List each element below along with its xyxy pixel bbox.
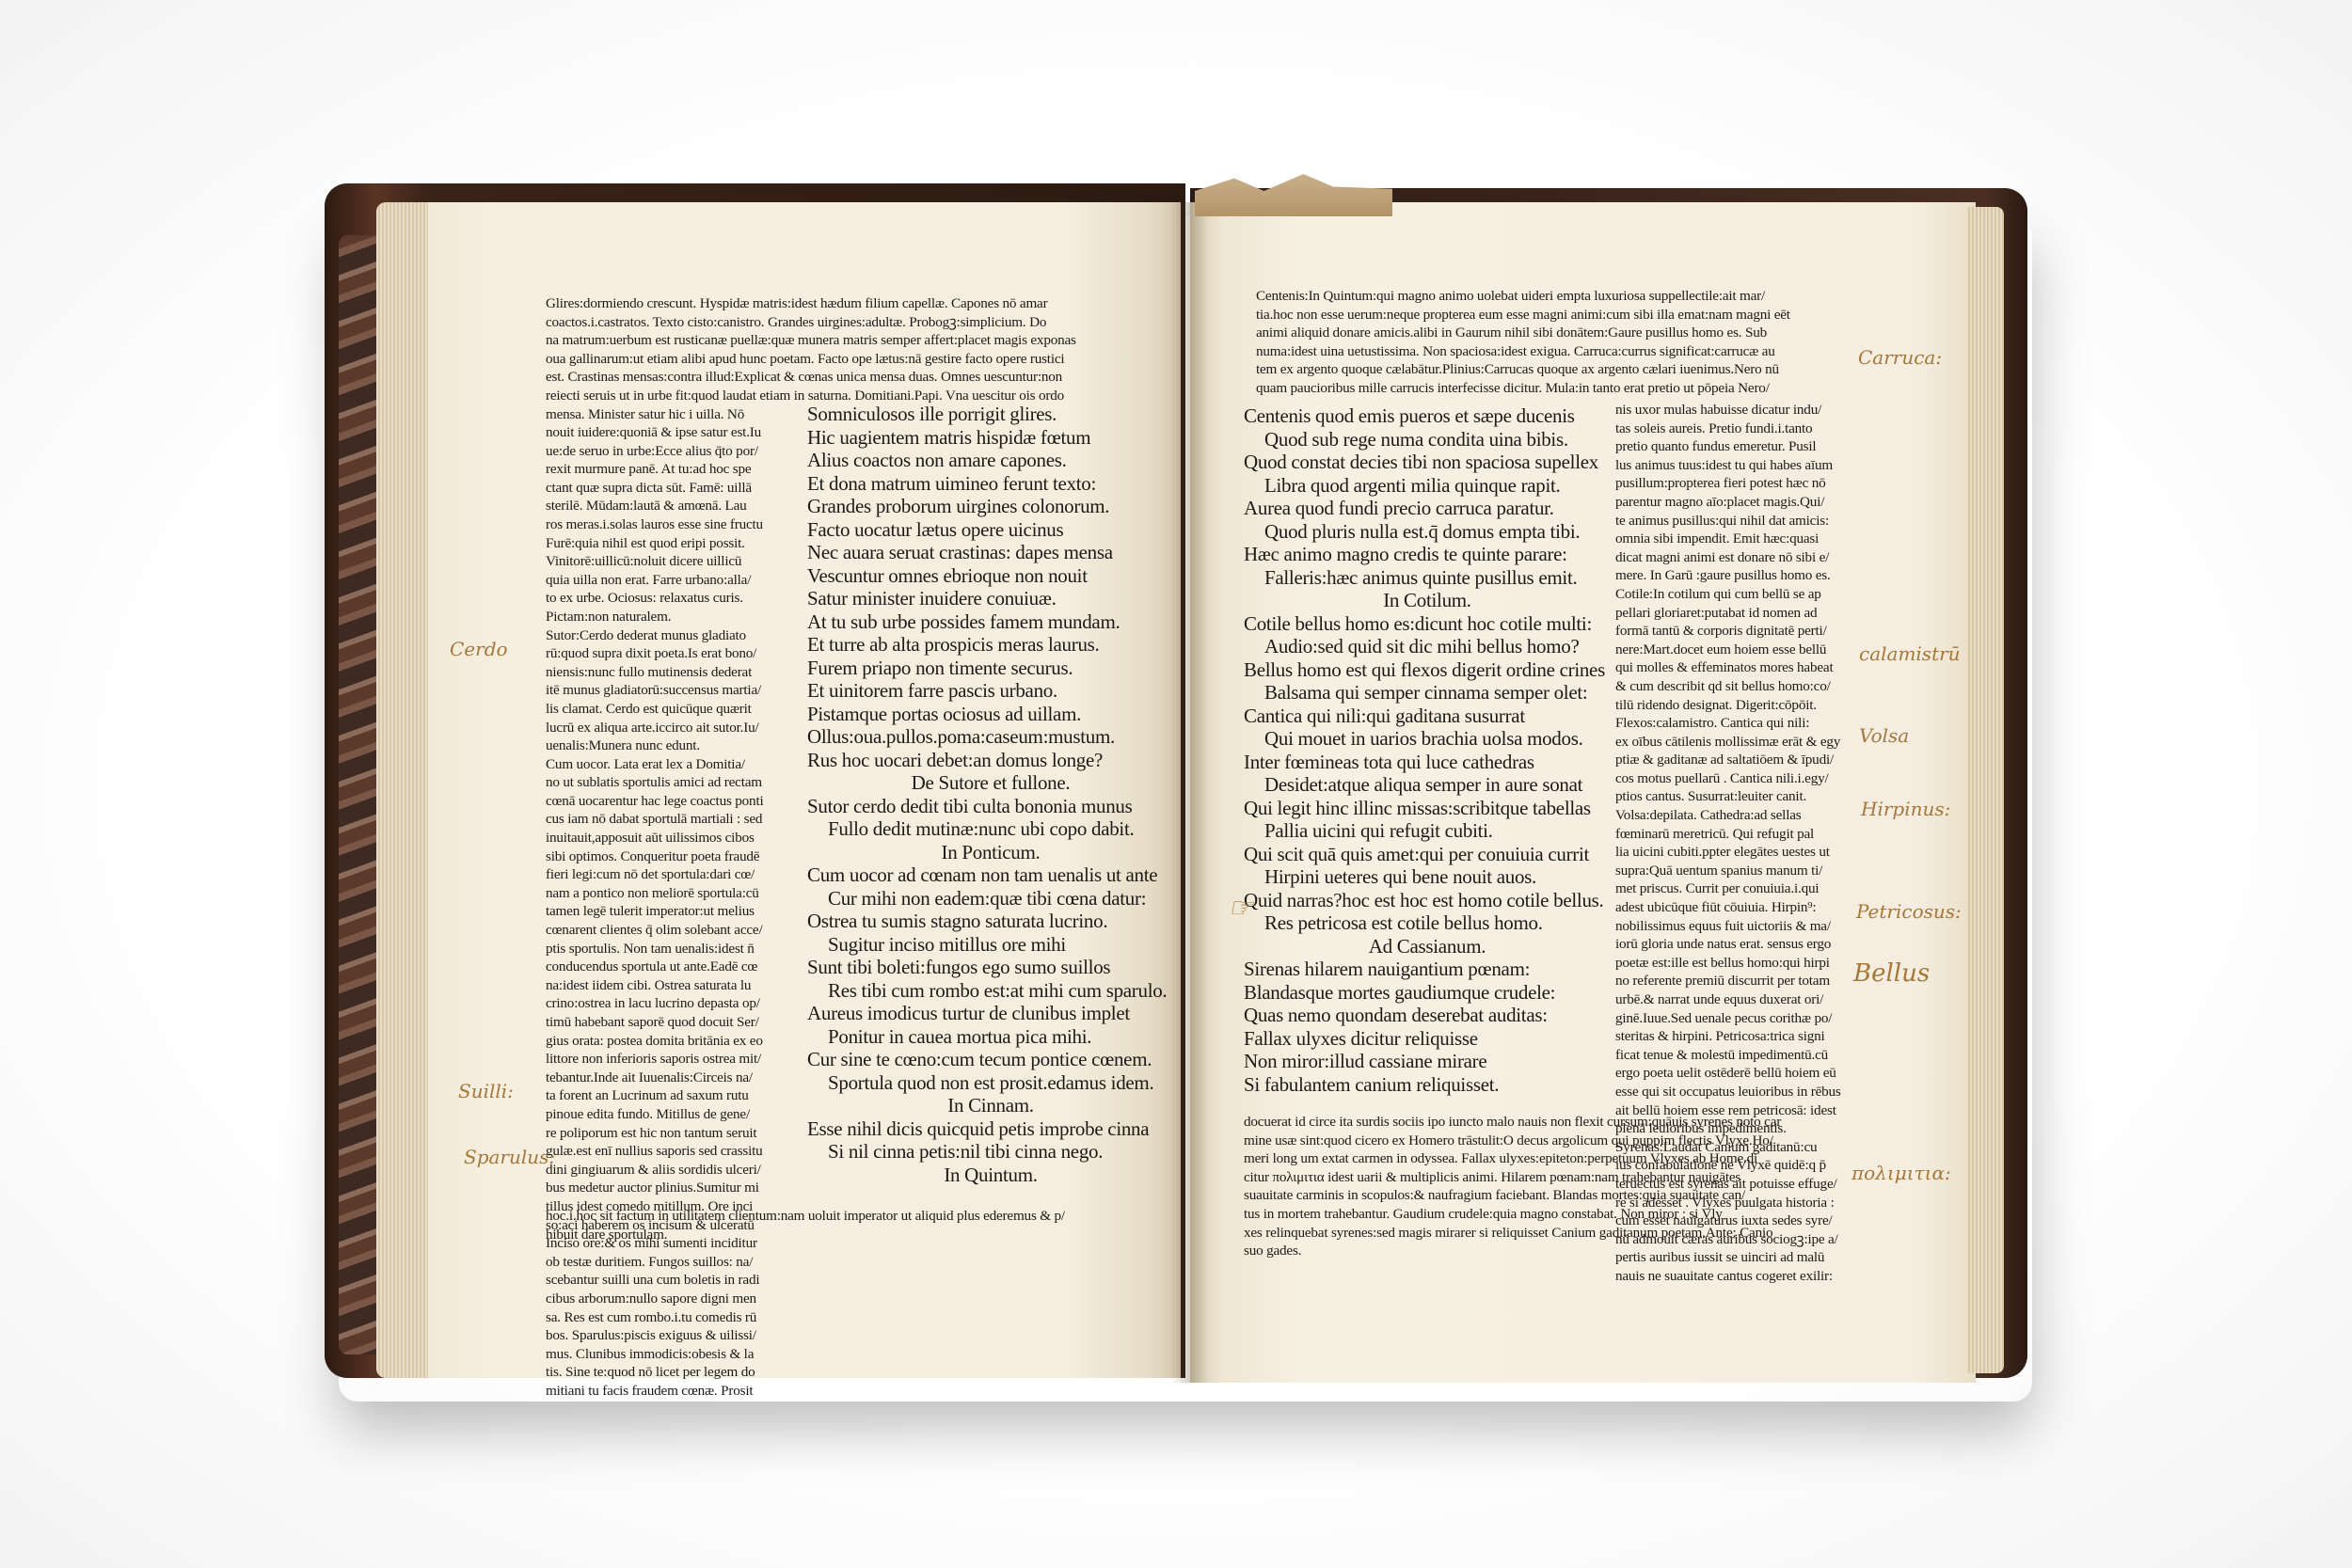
verse-line: Hirpini ueteres qui bene nouit auos.: [1244, 865, 1611, 889]
text-line: rū:quod supra dixit poeta.Is erat bono/: [546, 644, 764, 663]
left-commentary-column: nouit iuidere:quoniā & ipse satur est.Iu…: [546, 423, 764, 1400]
text-line: ex oībus cātilenis mollissimæ erāt & egy: [1615, 733, 1841, 752]
verse-line: Et uinitorem farre pascis urbano.: [807, 679, 1174, 703]
epigram-heading: De Sutore et fullone.: [807, 771, 1174, 795]
right-commentary-bottom: docuerat id circe ita surdis sociis ipo …: [1244, 1113, 1781, 1260]
text-line: ctant quæ supra dicta sūt. Famē: uillā: [546, 479, 764, 498]
verse-line: Bellus homo est qui flexos digerit ordin…: [1244, 658, 1611, 682]
text-line: ob testæ duritiem. Fungos suillos: na/: [546, 1253, 764, 1272]
text-line: no ut sublatis sportulis amici ad rectam: [546, 773, 764, 792]
verse-line: Aurea quod fundi precio carruca paratur.: [1244, 497, 1611, 520]
text-line: gius orata: postea domita britānia ex eo: [546, 1032, 764, 1051]
text-line: ginē.Iuue.Sed uenale pecus corithæ po/: [1615, 1009, 1841, 1028]
text-line: pretio quanto fundus emeretur. Pusil: [1615, 437, 1841, 456]
verse-line: Balsama qui semper cinnama semper olet:: [1244, 681, 1611, 705]
book-gutter: [1171, 202, 1209, 1383]
text-line: sa. Res est cum rombo.i.tu comedis rū: [546, 1308, 764, 1327]
text-line: hoc.i.hoc sit factum in utilitatem clien…: [546, 1207, 1065, 1226]
text-line: qui molles & effeminatos mores habeat: [1615, 658, 1841, 677]
text-line: Cum uocor. Lata erat lex a Domitia/: [546, 755, 764, 774]
text-line: na matrum:uerbum est rusticanæ puellæ:qu…: [546, 331, 1076, 350]
marginal-note-suilli: Suilli:: [458, 1080, 514, 1102]
text-line: niensis:nunc fullo mutinensis dederat: [546, 663, 764, 682]
text-line: lus animus tuus:idest tu qui habes aīum: [1615, 456, 1841, 475]
marginal-note-carruca: Carruca:: [1858, 346, 1942, 369]
verse-line: Sirenas hilarem nauigantium pœnam:: [1244, 958, 1611, 981]
verse-line: Ponitur in cauea mortua pica mihi.: [807, 1025, 1174, 1049]
text-line: est. Crastinas mensas:contra illud:Expli…: [546, 368, 1076, 387]
verse-line: Centenis quod emis pueros et sæpe duceni…: [1244, 404, 1611, 428]
verse-line: Sutor cerdo dedit tibi culta bononia mun…: [807, 795, 1174, 818]
page-block-edge-left: [376, 202, 433, 1378]
text-line: rexit murmure panē. At tu:ad hoc spe: [546, 460, 764, 479]
verse-line: Alius coactos non amare capones.: [807, 449, 1174, 472]
text-line: uenalis:Munera nunc edunt.: [546, 736, 764, 755]
text-line: crino:ostrea in lacu lucrino depasta op/: [546, 994, 764, 1013]
verse-line: Si fabulantem canium reliquisset.: [1244, 1073, 1611, 1097]
text-line: itē munus gladiatorū:succensus martia/: [546, 681, 764, 700]
text-line: suauitate carminis in scopulos:& naufrag…: [1244, 1186, 1781, 1205]
verse-line: Cantica qui nili:qui gaditana susurrat: [1244, 705, 1611, 728]
marginal-note-sparulus: Sparulus:: [464, 1146, 555, 1168]
text-line: sibi optimos. Conqueritur poeta fraudē: [546, 847, 764, 866]
text-line: te animus pusillus:qui nihil dat amicis:: [1615, 512, 1841, 531]
verse-line: At tu sub urbe possides famem mundam.: [807, 610, 1174, 634]
text-line: citur πολιμιτια idest uarii & multiplici…: [1244, 1168, 1781, 1187]
verse-line: Blandasque mortes gaudiumque crudele:: [1244, 981, 1611, 1005]
text-line: bos. Sparulus:piscis exiguus & uilissi/: [546, 1326, 764, 1345]
text-line: nauis ne suauitate cantus cogeret exilir…: [1615, 1267, 1841, 1286]
text-line: ptis sportulis. Non tam uenalis:idest n̄: [546, 940, 764, 958]
verse-line: Sportula quod non est prosit.edamus idem…: [807, 1071, 1174, 1095]
verse-line: Vescuntur omnes ebrioque non nouit: [807, 564, 1174, 588]
text-line: mitiani tu facis fraudem cœnæ. Prosit: [546, 1382, 764, 1401]
text-line: ptios cantus. Susurrat:leuiter canit.: [1615, 787, 1841, 806]
text-line: timū habebant saporē quod docuit Ser/: [546, 1013, 764, 1032]
verse-line: Hic uagientem matris hispidæ fœtum: [807, 426, 1174, 450]
verse-line: Qui scit quā quis amet:qui per conuiuia …: [1244, 843, 1611, 866]
text-line: oua gallinarum:ut etiam alibi apud hunc …: [546, 350, 1076, 369]
verse-line: Falleris:hæc animus quinte pusillus emit…: [1244, 566, 1611, 590]
text-line: tebantur.Inde ait Iuuenalis:Circeis na/: [546, 1069, 764, 1087]
text-line: sterilē. Mūdam:lautā & amœnā. Lau: [546, 497, 764, 515]
text-line: scebantur suilli una cum boletis in radi: [546, 1271, 764, 1290]
epigram-heading: Ad Cassianum.: [1244, 935, 1611, 958]
left-verse-column: Somniculosos ille porrigit glires.Hic ua…: [807, 403, 1174, 1186]
text-line: na:idest iidem cibi. Ostrea saturata lu: [546, 976, 764, 995]
verse-line: Somniculosos ille porrigit glires.: [807, 403, 1174, 426]
text-line: dini gingiuarum & aliis sordidis ulceri/: [546, 1161, 764, 1180]
verse-line: Res tibi cum rombo est:at mihi cum sparu…: [807, 979, 1174, 1003]
verse-line: Satur minister inuidere conuiuæ.: [807, 587, 1174, 610]
text-line: ue:de seruo in urbe:Ecce alius q̄to por/: [546, 442, 764, 461]
text-line: Cotile:In cotilum qui cum bellū se ap: [1615, 585, 1841, 604]
text-line: Furē:quia nihil est quod eripi possit.: [546, 534, 764, 553]
text-line: tamen legē tulerit imperator:ut melius: [546, 902, 764, 921]
text-line: steritas & hirpini. Petricosa:trica sign…: [1615, 1027, 1841, 1046]
verse-line: Fallax ulyxes dicitur reliquisse: [1244, 1027, 1611, 1051]
left-commentary-bottom: hoc.i.hoc sit factum in utilitatem clien…: [546, 1207, 1065, 1243]
verse-line: Qui mouet in uarios brachia uolsa modos.: [1244, 727, 1611, 751]
text-line: ta forent an Lucrinum ad saxum rutu: [546, 1086, 764, 1105]
text-line: cœnarent clientes q̄ olim solebant acce/: [546, 921, 764, 940]
marginal-note-calamistrum: calamistrū: [1859, 642, 1961, 665]
text-line: tem ex argento quoque cælabātur.Plinius:…: [1256, 360, 1790, 379]
verse-line: Non miror:illud cassiane mirare: [1244, 1050, 1611, 1073]
manicule-mark: ☞: [1228, 892, 1253, 925]
right-commentary-top: Centenis:In Quintum:qui magno animo uole…: [1256, 287, 1790, 398]
text-line: poetæ est:ille est bellus homo:qui hirpi: [1615, 954, 1841, 973]
text-line: ergo poeta uelit ostēderē bellū hoiem eū: [1615, 1064, 1841, 1083]
text-line: nis uxor mulas habuisse dicatur indu/: [1615, 401, 1841, 420]
text-line: Sutor:Cerdo dederat munus gladiato: [546, 626, 764, 645]
text-line: adest ubicūque fiūt cōuiuia. Hirpin⁹:: [1615, 898, 1841, 917]
right-verse-column: Centenis quod emis pueros et sæpe duceni…: [1244, 404, 1611, 1096]
text-line: dicat magni animi est donare nō sibi e/: [1615, 548, 1841, 567]
text-line: Volsa:depilata. Cathedra:ad sellas: [1615, 806, 1841, 825]
text-line: ptiæ & gaditanæ ad saltatiōem & īpudi/: [1615, 751, 1841, 769]
text-line: conducendus sportula ut ante.Eadē cœ: [546, 958, 764, 976]
text-line: nere:Mart.docet eum hoiem esse bellū: [1615, 641, 1841, 659]
verse-line: Inter fœmineas tota qui luce cathedras: [1244, 751, 1611, 774]
text-line: Glires:dormiendo crescunt. Hyspidæ matri…: [546, 294, 1076, 313]
text-line: Vinitorē:uillicū:noluit dicere uillicū: [546, 552, 764, 571]
marginal-note-volsa: Volsa: [1859, 724, 1909, 747]
verse-line: Cotile bellus homo es:dicunt hoc cotile …: [1244, 612, 1611, 636]
text-line: mus. Clunibus immodicis:obesis & la: [546, 1345, 764, 1364]
text-line: Pictam:non naturalem.: [546, 608, 764, 626]
text-line: urbē.& narrat unde equus duxerat ori/: [1615, 990, 1841, 1009]
verse-line: Audio:sed quid sit dic mihi bellus homo?: [1244, 635, 1611, 658]
verse-line: Qui legit hinc illinc missas:scribitque …: [1244, 797, 1611, 820]
text-line: esse qui sit occupatus leuioribus in rēb…: [1615, 1083, 1841, 1101]
text-line: & cum describit qd sit bellus homo:co/: [1615, 677, 1841, 696]
marginal-note-hirpinus: Hirpinus:: [1861, 798, 1950, 820]
text-line: animi aliquid donare amicis.alibi in Gau…: [1256, 324, 1790, 342]
text-line: to ex urbe. Ociosus: relaxatus curis.: [546, 589, 764, 608]
text-line: tus in mortem trahebantur. Gaudium crude…: [1244, 1205, 1781, 1224]
verse-line: Sunt tibi boleti:fungos ego sumo suillos: [807, 956, 1174, 979]
verse-line: Quod sub rege numa condita uina bibis.: [1244, 428, 1611, 451]
text-line: tas soleis aureis. Pretio fundi.i.tanto: [1615, 420, 1841, 438]
text-line: formā tantū & corporis dignitatē perti/: [1615, 622, 1841, 641]
verse-line: Furem priapo non timente securus.: [807, 657, 1174, 680]
text-line: cus iam nō dabat sportulā martiali : sed: [546, 810, 764, 829]
text-line: fieri legi:cum nō det sportula:dari cœ/: [546, 865, 764, 884]
verse-line: Res petricosa est cotile bellus homo.: [1244, 911, 1611, 935]
text-line: Flexos:calamistro. Cantica qui nili:: [1615, 714, 1841, 733]
text-line: xes relinquebat syrenes:sed magis mirare…: [1244, 1224, 1781, 1243]
verse-line: Cum uocor ad cœnam non tam uenalis ut an…: [807, 863, 1174, 887]
verse-line: Cur mihi non eadem:quæ tibi cœna datur:: [807, 887, 1174, 911]
text-line: parentur magno aīo:placet magis.Qui/: [1615, 493, 1841, 512]
verse-line: Desidet:atque aliqua semper in aure sona…: [1244, 773, 1611, 797]
text-line: tia.hoc non esse uerum:neque propterea e…: [1256, 306, 1790, 325]
verse-line: Ostrea tu sumis stagno saturata lucrino.: [807, 910, 1174, 933]
epigram-heading: In Cinnam.: [807, 1094, 1174, 1117]
marginal-note-greek: πολιμιτια:: [1851, 1162, 1951, 1184]
verse-line: Ollus:oua.pullos.poma:caseum:mustum.: [807, 725, 1174, 749]
text-line: cœnā uocarentur hac lege coactus ponti: [546, 792, 764, 811]
verse-line: Fullo dedit mutinæ:nunc ubi copo dabit.: [807, 817, 1174, 841]
verse-line: Grandes proborum uirgines colonorum.: [807, 495, 1174, 518]
verse-line: Quod constat decies tibi non spaciosa su…: [1244, 451, 1611, 474]
page-block-edge-right: [1966, 207, 2004, 1373]
epigram-heading: In Quintum.: [807, 1164, 1174, 1187]
text-line: littore non inferioris saporis ostrea mi…: [546, 1050, 764, 1069]
marginal-note-cerdo: Cerdo: [450, 638, 508, 660]
text-line: met priscus. Currit per conuiuia.i.qui: [1615, 879, 1841, 898]
verse-line: Sugitur inciso mitillus ore mihi: [807, 933, 1174, 957]
verse-line: Si nil cinna petis:nil tibi cinna nego.: [807, 1140, 1174, 1164]
text-line: nobilissimus equus fuit uictoriis & ma/: [1615, 917, 1841, 936]
text-line: quia uilla non erat. Farre urbano:alla/: [546, 571, 764, 590]
text-line: mere. In Garū :gaure pusillus homo es.: [1615, 566, 1841, 585]
text-line: Centenis:In Quintum:qui magno animo uole…: [1256, 287, 1790, 306]
text-line: cibus arborum:nullo sapore digni men: [546, 1290, 764, 1308]
text-line: lia uicini cubiti.ppter elegātes uestes …: [1615, 843, 1841, 862]
verse-line: Cur sine te cœno:cum tecum pontice cœnem…: [807, 1048, 1174, 1071]
text-line: tis. Sine te:quod nō licet per legem do: [546, 1363, 764, 1382]
text-line: lis clamat. Cerdo est quicūque quærit: [546, 700, 764, 719]
verse-line: Facto uocatur lætus opere uicinus: [807, 518, 1174, 542]
verse-line: Pallia uicini qui refugit cubiti.: [1244, 819, 1611, 843]
text-line: suo gades.: [1244, 1242, 1781, 1260]
text-line: re poliporum est hic non tantum seruit: [546, 1124, 764, 1143]
marginal-note-petricosus: Petricosus:: [1856, 900, 1962, 923]
epigram-heading: In Cotilum.: [1244, 589, 1611, 612]
text-line: fœminarū meretricū. Qui refugit pal: [1615, 825, 1841, 844]
text-line: no referente premiū discurrit per totam: [1615, 972, 1841, 990]
text-line: gulæ.est enī nullius saporis sed crassit…: [546, 1142, 764, 1161]
verse-line: Libra quod argenti milia quinque rapit.: [1244, 474, 1611, 498]
text-line: lucrū ex aliqua arte.iccirco ait sutor.I…: [546, 719, 764, 737]
text-line: coactos.i.castratos. Texto cisto:canistr…: [546, 313, 1076, 332]
text-line: quam paucioribus mille carrucis interfec…: [1256, 379, 1790, 398]
text-line: tilū ridendo designat. Digerit:cōpōit.: [1615, 696, 1841, 715]
text-line: inuitauit,apposuit aūt uilissimos cibos: [546, 829, 764, 847]
verse-line: Pistamque portas ociosus ad uillam.: [807, 703, 1174, 726]
verse-line: Quod pluris nulla est.q̄ domus empta tib…: [1244, 520, 1611, 544]
verse-line: Quid narras?hoc est hoc est homo cotile …: [1244, 889, 1611, 912]
text-line: nouit iuidere:quoniā & ipse satur est.Iu: [546, 423, 764, 442]
verse-line: Aureus imodicus turtur de clunibus imple…: [807, 1002, 1174, 1025]
text-line: cos motus puellarū . Cantica nili.i.egy/: [1615, 769, 1841, 788]
text-line: mine usæ sint:quod cicero ex Homero trās…: [1244, 1132, 1781, 1150]
text-line: bus medetur auctor plinius.Sumitur mi: [546, 1179, 764, 1197]
text-line: pellari gloriaret:putabat id nomen ad: [1615, 604, 1841, 623]
verse-line: Hæc animo magno credis te quinte parare:: [1244, 543, 1611, 566]
text-line: docuerat id circe ita surdis sociis ipo …: [1244, 1113, 1781, 1132]
marginal-note-bellus: Bellus: [1853, 959, 1930, 988]
verse-line: Nec auara seruat crastinas: dapes mensa: [807, 541, 1174, 564]
verse-line: Et dona matrum uimineo ferunt texto:: [807, 472, 1174, 496]
verse-line: Esse nihil dicis quicquid petis improbe …: [807, 1117, 1174, 1141]
text-line: hibuit dare sportulam.: [546, 1226, 1065, 1244]
text-line: nam a pontico non meliorē sportula:cū: [546, 884, 764, 903]
text-line: iorū gloria unde natus erat. sensus ergo: [1615, 935, 1841, 954]
text-line: pusillum:propterea fieri potest hæc nō: [1615, 474, 1841, 493]
verse-line: Et turre ab alta prospicis meras laurus.: [807, 633, 1174, 657]
text-line: pinoue edita fundo. Mitillus de gene/: [546, 1105, 764, 1124]
text-line: ficat tenue & molestū impedimentū.cū: [1615, 1046, 1841, 1065]
verse-line: Quas nemo quondam deserebat auditas:: [1244, 1004, 1611, 1027]
text-line: omnia sibi impendit. Emit hæc:quasi: [1615, 530, 1841, 548]
verse-line: Rus hoc uocari debet:an domus longe?: [807, 749, 1174, 772]
text-line: numa:idest uina uetustissima. Non spacio…: [1256, 342, 1790, 361]
text-line: ros meras.i.solas lauros esse sine fruct…: [546, 515, 764, 534]
epigram-heading: In Ponticum.: [807, 841, 1174, 864]
text-line: meri long um extat carmen in odyssea. Fa…: [1244, 1149, 1781, 1168]
text-line: supra:Quā uentum spanius manum ti/: [1615, 862, 1841, 880]
